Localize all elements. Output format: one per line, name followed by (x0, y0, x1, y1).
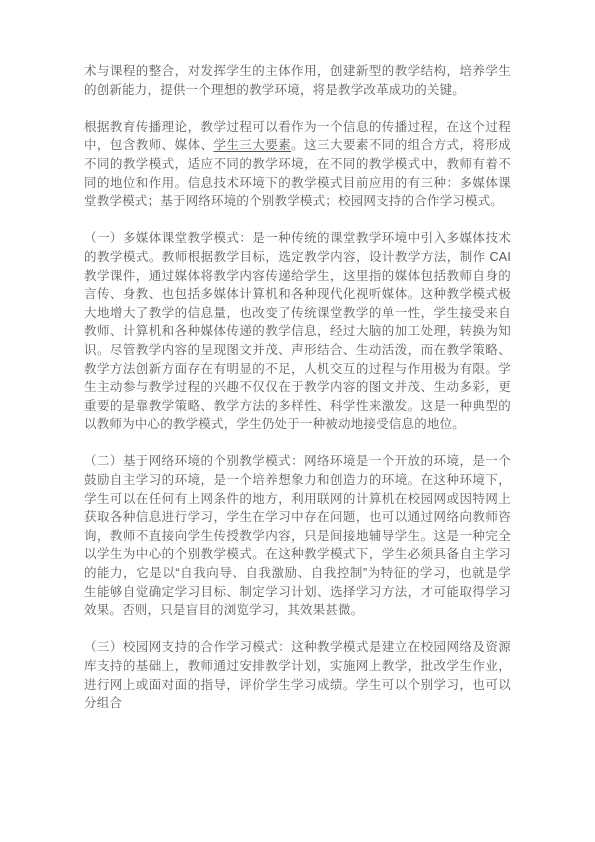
paragraph-mode-3-campus-cooperative: （三）校园网支持的合作学习模式：这种教学模式是建立在校园网络及资源库支持的基础上… (84, 638, 511, 712)
paragraph-text: （一）多媒体课堂教学模式：是一种传统的课堂教学环境中引入多媒体技术的教学模式。教… (84, 231, 515, 431)
paragraph-text: （二）基于网络环境的个别教学模式：网络环境是一个开放的环境，是一个鼓励自主学习的… (84, 454, 511, 617)
paragraph-text: 术与课程的整合，对发挥学生的主体作用，创建新型的教学结构，培养学生的创新能力，提… (84, 64, 511, 97)
paragraph-mode-1-multimedia-classroom: （一）多媒体课堂教学模式：是一种传统的课堂教学环境中引入多媒体技术的教学模式。教… (84, 229, 511, 434)
paragraph-mode-2-network-individual: （二）基于网络环境的个别教学模式：网络环境是一个开放的环境，是一个鼓励自主学习的… (84, 452, 511, 619)
paragraph-text: （三）校园网支持的合作学习模式：这种教学模式是建立在校园网络及资源库支持的基础上… (84, 640, 511, 710)
underlined-text: 学生三大要素 (213, 138, 291, 152)
document-page: 术与课程的整合，对发挥学生的主体作用，创建新型的教学结构，培养学生的创新能力，提… (0, 0, 595, 842)
paragraph-intro: 根据教育传播理论，教学过程可以看作为一个信息的传播过程，在这个过程中，包含教师、… (84, 118, 511, 211)
paragraph-continuation: 术与课程的整合，对发挥学生的主体作用，创建新型的教学结构，培养学生的创新能力，提… (84, 62, 511, 99)
